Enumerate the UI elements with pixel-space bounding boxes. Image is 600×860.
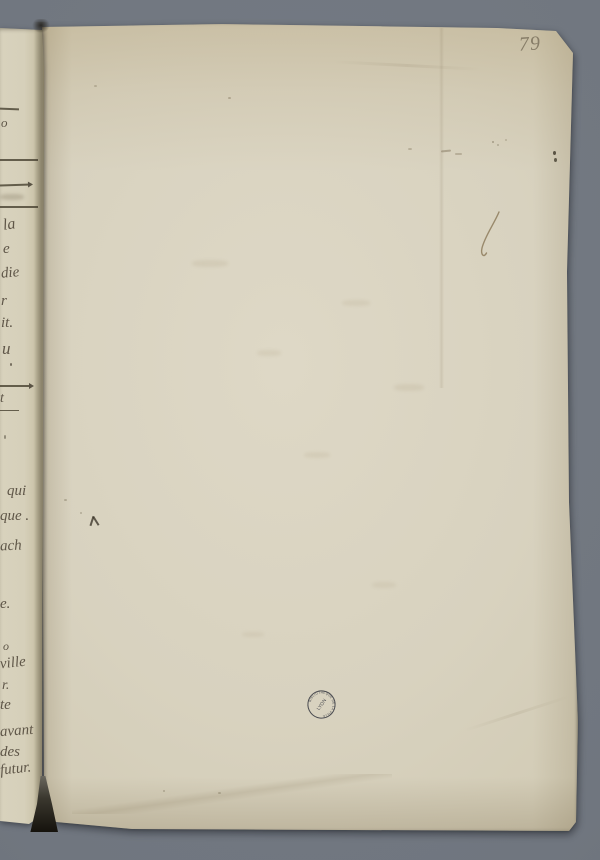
bleedthrough-smudge xyxy=(372,582,396,588)
paper-speck xyxy=(94,85,97,87)
handwriting-fragment: qui xyxy=(7,484,26,499)
ink-stroke xyxy=(472,206,508,268)
fold-notch xyxy=(32,19,50,33)
ink-rule xyxy=(0,410,19,411)
ink-smudge xyxy=(0,194,24,200)
gutter-shadow xyxy=(34,22,48,832)
arrowhead-icon xyxy=(28,181,33,187)
handwriting-fragment: avant xyxy=(0,723,34,740)
paper-speck xyxy=(408,148,412,150)
paper-speck xyxy=(455,153,462,155)
ink-dot xyxy=(554,158,557,162)
handwriting-fragment: ville xyxy=(0,655,27,673)
ink-dot xyxy=(10,363,12,366)
scan-background: 79 xyxy=(0,0,600,860)
handwriting-fragment: r. xyxy=(2,679,9,693)
ink-arrow-rule xyxy=(0,183,31,186)
handwriting-fragment: it. xyxy=(1,316,13,331)
paper-speck xyxy=(492,141,494,143)
ink-dot xyxy=(4,435,6,439)
handwriting-fragment: t xyxy=(0,392,4,406)
handwriting-fragment: e. xyxy=(0,597,10,612)
paper-speck xyxy=(218,792,221,794)
handwriting-fragment: o xyxy=(1,116,8,129)
ink-mark xyxy=(93,516,100,526)
bleedthrough-smudge xyxy=(342,300,370,306)
bleedthrough-smudge xyxy=(242,632,264,637)
paper-speck xyxy=(497,144,499,146)
handwriting-fragment: futur. xyxy=(0,760,32,778)
handwriting-fragment: r xyxy=(1,294,7,309)
paper-speck xyxy=(163,790,165,792)
page-number: 79 xyxy=(518,32,542,56)
ink-rule xyxy=(0,108,19,110)
paper-speck xyxy=(228,97,231,99)
handwriting-fragment: te xyxy=(0,698,11,713)
paper-crease xyxy=(72,774,392,814)
ink-rule xyxy=(0,159,38,161)
handwriting-fragment: o xyxy=(3,640,9,652)
handwriting-fragment: ach xyxy=(0,538,22,554)
handwriting-fragment: que . xyxy=(0,509,29,524)
paper-speck xyxy=(441,149,451,152)
bleedthrough-smudge xyxy=(304,452,330,458)
bleedthrough-smudge xyxy=(394,384,424,391)
stamp-center-text: LYON xyxy=(316,697,329,711)
handwriting-fragment: la xyxy=(2,216,17,234)
bleedthrough-smudge xyxy=(257,350,281,356)
ink-rule xyxy=(0,206,38,208)
paper-speck xyxy=(505,139,507,141)
ink-arrow-rule xyxy=(0,385,32,387)
handwriting-fragment: e xyxy=(3,242,10,257)
library-stamp: BIBLIOTHEQUE DE LA VILLE LYON xyxy=(304,687,339,722)
handwriting-fragment: u xyxy=(2,340,11,357)
ink-dot xyxy=(553,151,556,155)
handwriting-fragment: die xyxy=(0,265,20,282)
handwriting-fragment: des xyxy=(0,745,20,760)
paper-crease xyxy=(332,60,482,71)
bleedthrough-smudge xyxy=(192,260,228,267)
paper-crease xyxy=(439,28,444,388)
paper-crease xyxy=(464,695,570,732)
paper-speck xyxy=(80,512,82,514)
paper-speck xyxy=(64,499,67,501)
